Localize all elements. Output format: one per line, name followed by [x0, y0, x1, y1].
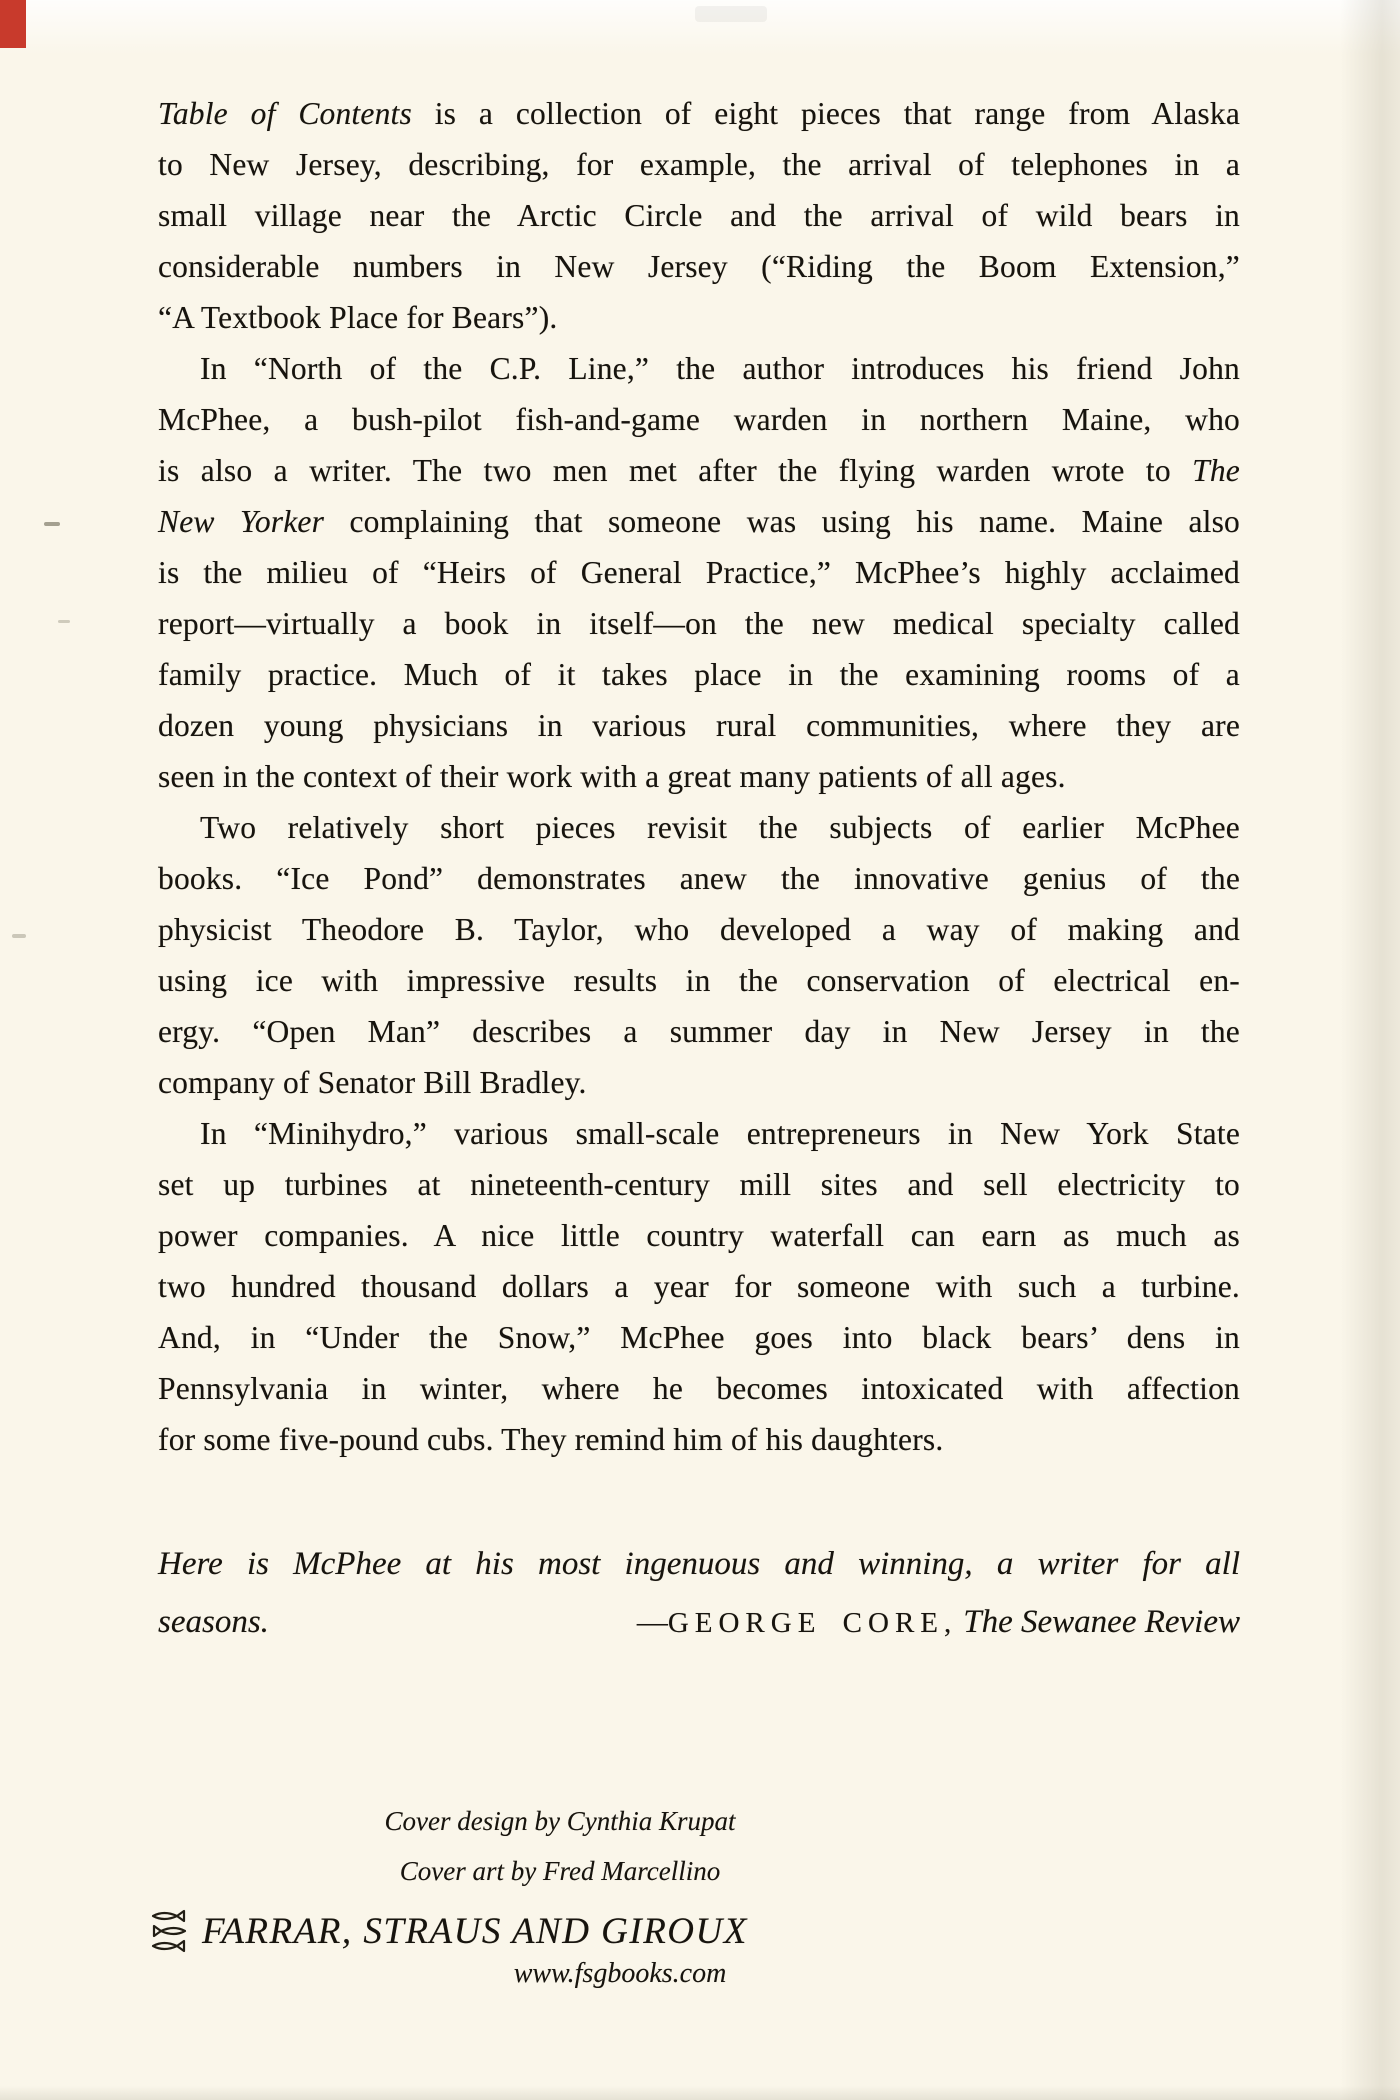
- body-line: considerable numbers in New Jersey (“Rid…: [158, 241, 1240, 292]
- text-segment: small village near the Arctic Circle and…: [158, 198, 1240, 233]
- body-line: seen in the context of their work with a…: [158, 751, 1240, 802]
- text-segment: Two relatively short pieces revisit the …: [200, 810, 1240, 845]
- text-segment: In “North of the C.P. Line,” the author …: [200, 351, 1240, 386]
- scanned-book-jacket-page: { "page": { "background": "#faf6ea", "in…: [0, 0, 1400, 2100]
- text-segment: company of Senator Bill Bradley.: [158, 1065, 587, 1100]
- blurb-attribution: —GEORGE CORE,The Sewanee Review: [637, 1593, 1240, 1652]
- cover-design-credit: Cover design by Cynthia Krupat: [200, 1796, 920, 1846]
- text-segment: “A Textbook Place for Bears”).: [158, 300, 557, 335]
- text-segment: for some five-pound cubs. They remind hi…: [158, 1422, 943, 1457]
- body-line: In “Minihydro,” various small-scale entr…: [158, 1108, 1240, 1159]
- text-segment: And, in “Under the Snow,” McPhee goes in…: [158, 1320, 1240, 1355]
- text-segment: McPhee, a bush-pilot fish-and-game warde…: [158, 402, 1240, 437]
- body-line: small village near the Arctic Circle and…: [158, 190, 1240, 241]
- text-segment: ergy. “Open Man” describes a summer day …: [158, 1014, 1240, 1049]
- text-segment: physicist Theodore B. Taylor, who develo…: [158, 912, 1240, 947]
- scan-right-page-edge-shading: [1340, 0, 1400, 2100]
- text-segment: family practice. Much of it takes place …: [158, 657, 1240, 692]
- review-blurb: Here is McPhee at his most ingenuous and…: [158, 1536, 1240, 1652]
- body-line: books. “Ice Pond” demonstrates anew the …: [158, 853, 1240, 904]
- attribution-reviewer-name: GEORGE CORE,: [668, 1607, 957, 1639]
- body-line: And, in “Under the Snow,” McPhee goes in…: [158, 1312, 1240, 1363]
- body-line: for some five-pound cubs. They remind hi…: [158, 1414, 1240, 1465]
- paragraph: In “North of the C.P. Line,” the author …: [158, 343, 1240, 802]
- scan-speck: [44, 522, 60, 526]
- publisher-row: FARRAR, STRAUS AND GIROUX: [150, 1908, 748, 1954]
- attribution-dash: —: [637, 1604, 668, 1639]
- paragraph: Table of Contents is a collection of eig…: [158, 88, 1240, 343]
- body-line: company of Senator Bill Bradley.: [158, 1057, 1240, 1108]
- blurb-line-2-start: seasons.: [158, 1594, 269, 1651]
- blurb-line-1: Here is McPhee at his most ingenuous and…: [158, 1536, 1240, 1593]
- text-segment: seen in the context of their work with a…: [158, 759, 1066, 794]
- text-segment: In “Minihydro,” various small-scale entr…: [200, 1116, 1240, 1151]
- text-segment: is the milieu of “Heirs of General Pract…: [158, 555, 1240, 590]
- blurb-line-2: seasons. —GEORGE CORE,The Sewanee Review: [158, 1593, 1240, 1652]
- cover-art-credit: Cover art by Fred Marcellino: [200, 1846, 920, 1896]
- italic-text-segment: New Yorker: [158, 504, 324, 539]
- body-line: using ice with impressive results in the…: [158, 955, 1240, 1006]
- text-segment: using ice with impressive results in the…: [158, 963, 1240, 998]
- text-segment: report—virtually a book in itself—on the…: [158, 606, 1240, 641]
- body-line: “A Textbook Place for Bears”).: [158, 292, 1240, 343]
- italic-text-segment: Table of Contents: [158, 96, 412, 131]
- body-line: is also a writer. The two men met after …: [158, 445, 1240, 496]
- scan-smudge: [695, 6, 767, 22]
- text-segment: considerable numbers in New Jersey (“Rid…: [158, 249, 1240, 284]
- cover-credits: Cover design by Cynthia Krupat Cover art…: [200, 1796, 920, 1896]
- text-segment: set up turbines at nineteenth-century mi…: [158, 1167, 1240, 1202]
- body-line: family practice. Much of it takes place …: [158, 649, 1240, 700]
- text-segment: books. “Ice Pond” demonstrates anew the …: [158, 861, 1240, 896]
- italic-text-segment: The: [1192, 453, 1240, 488]
- text-segment: two hundred thousand dollars a year for …: [158, 1269, 1240, 1304]
- body-line: New Yorker complaining that someone was …: [158, 496, 1240, 547]
- body-line: report—virtually a book in itself—on the…: [158, 598, 1240, 649]
- body-line: is the milieu of “Heirs of General Pract…: [158, 547, 1240, 598]
- red-corner-scan-mark: [0, 0, 26, 48]
- body-line: Pennsylvania in winter, where he becomes…: [158, 1363, 1240, 1414]
- text-segment: power companies. A nice little country w…: [158, 1218, 1240, 1253]
- text-segment: is also a writer. The two men met after …: [158, 453, 1192, 488]
- jacket-copy-text-block: Table of Contents is a collection of eig…: [158, 88, 1240, 1465]
- body-line: ergy. “Open Man” describes a summer day …: [158, 1006, 1240, 1057]
- paragraph: Two relatively short pieces revisit the …: [158, 802, 1240, 1108]
- body-line: set up turbines at nineteenth-century mi…: [158, 1159, 1240, 1210]
- scan-speck: [12, 934, 26, 938]
- attribution-publication: The Sewanee Review: [963, 1604, 1240, 1640]
- paragraph: In “Minihydro,” various small-scale entr…: [158, 1108, 1240, 1465]
- text-segment: complaining that someone was using his n…: [324, 504, 1240, 539]
- publisher-name: FARRAR, STRAUS AND GIROUX: [202, 1910, 748, 1953]
- text-segment: to New Jersey, describing, for example, …: [158, 147, 1240, 182]
- body-line: McPhee, a bush-pilot fish-and-game warde…: [158, 394, 1240, 445]
- body-line: to New Jersey, describing, for example, …: [158, 139, 1240, 190]
- body-line: In “North of the C.P. Line,” the author …: [158, 343, 1240, 394]
- text-segment: dozen young physicians in various rural …: [158, 708, 1240, 743]
- body-line: dozen young physicians in various rural …: [158, 700, 1240, 751]
- text-segment: Pennsylvania in winter, where he becomes…: [158, 1371, 1240, 1406]
- scan-speck: [58, 620, 70, 623]
- body-line: Table of Contents is a collection of eig…: [158, 88, 1240, 139]
- body-line: physicist Theodore B. Taylor, who develo…: [158, 904, 1240, 955]
- body-line: power companies. A nice little country w…: [158, 1210, 1240, 1261]
- publisher-website: www.fsgbooks.com: [420, 1958, 820, 1990]
- body-line: Two relatively short pieces revisit the …: [158, 802, 1240, 853]
- fsg-three-fish-logo-icon: [150, 1908, 188, 1954]
- scan-bottom-edge-shading: [0, 2086, 1400, 2100]
- body-line: two hundred thousand dollars a year for …: [158, 1261, 1240, 1312]
- text-segment: is a collection of eight pieces that ran…: [412, 96, 1240, 131]
